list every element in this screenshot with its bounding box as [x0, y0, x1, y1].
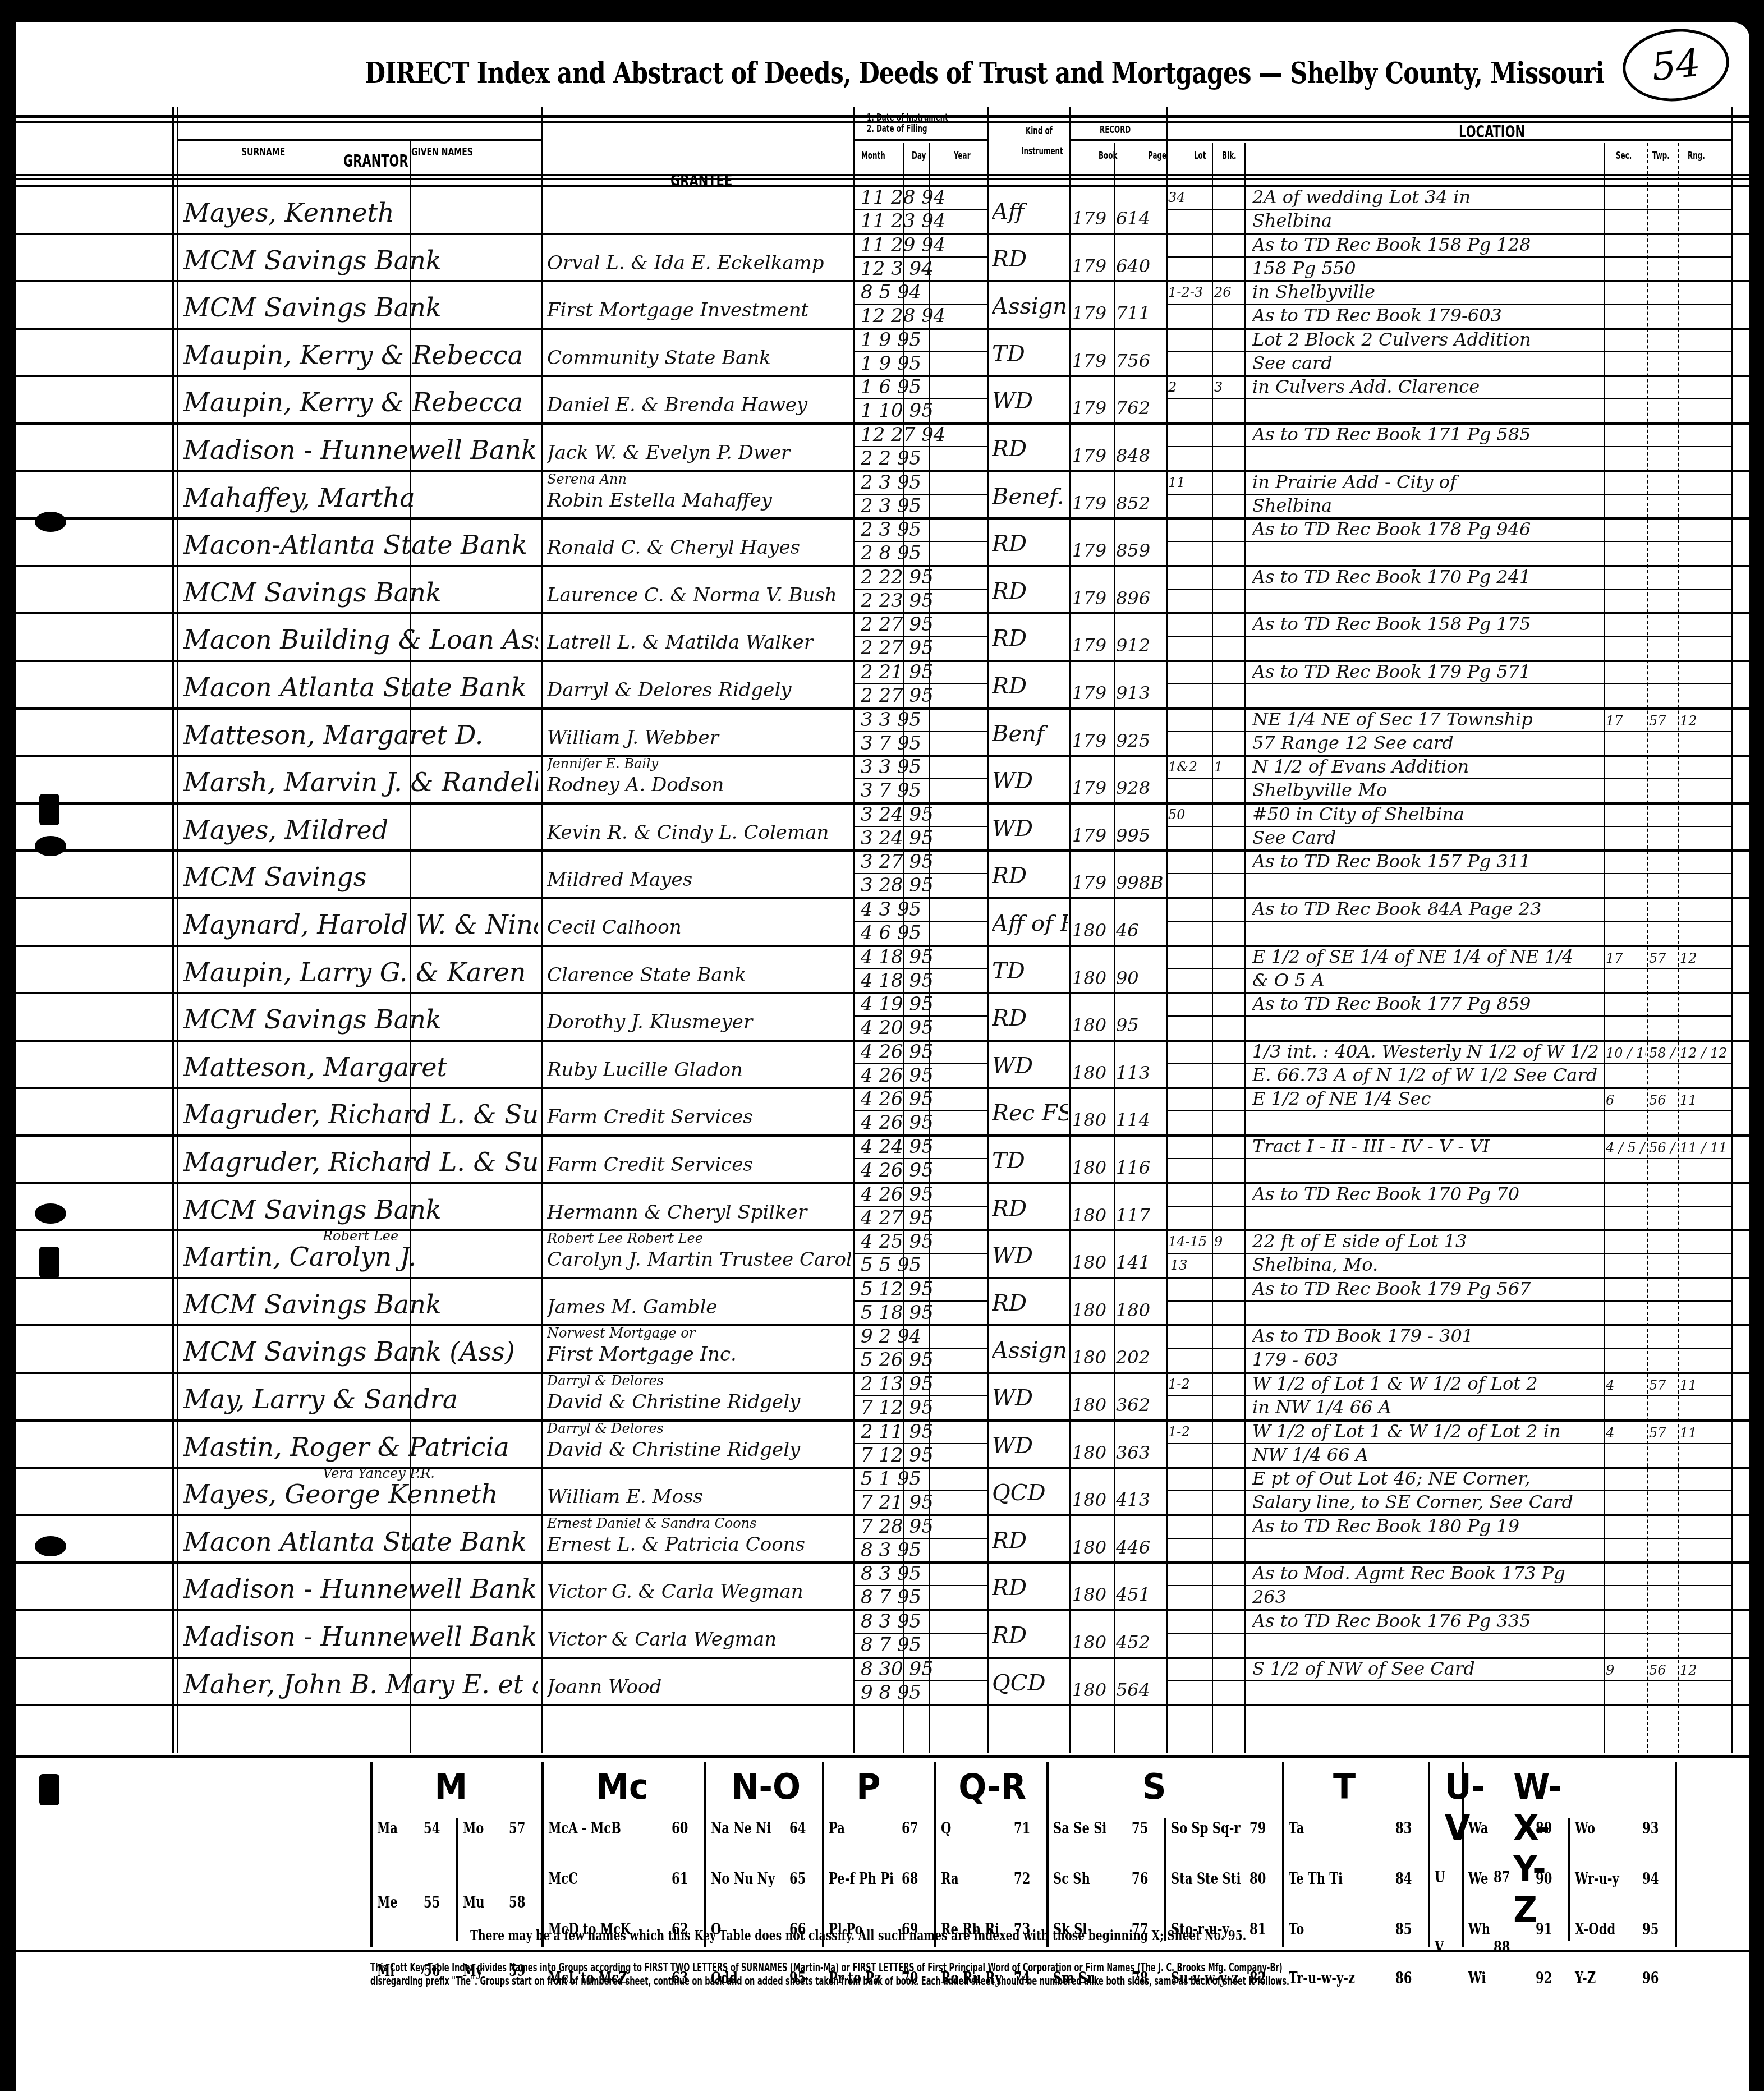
location-description: As to TD Rec Book 178 Pg 946: [1252, 518, 1600, 540]
key-entry-sheet-number: 84: [1395, 1871, 1412, 1888]
instrument-kind: QCD: [992, 1670, 1068, 1696]
footer-line-1: This Cott Key Table Index divides Names …: [370, 1961, 1289, 1974]
date-of-instrument: 3 3 95: [861, 709, 986, 731]
footer-instructions: This Cott Key Table Index divides Names …: [370, 1961, 1289, 1988]
location-description: in Culvers Add. Clarence: [1252, 376, 1600, 397]
key-entry-sheet-number: 81: [1249, 1921, 1266, 1938]
grantor-name: MCM Savings Bank (Ass): [183, 1336, 538, 1367]
record-page: 363: [1116, 1442, 1165, 1463]
grantee-name: Carolyn J. Martin Trustee Carolyn Martin: [547, 1248, 851, 1271]
grantor-name: Maynard, Harold W. & Nina E.: [183, 909, 538, 940]
record-book: 180: [1072, 1205, 1113, 1226]
date-of-filing: 2 27 95: [861, 637, 986, 659]
key-entry-sheet-number: 91: [1536, 1921, 1552, 1938]
date-of-instrument: 2 27 95: [861, 613, 986, 636]
grantee-note: Darryl & Delores: [547, 1421, 851, 1436]
record-book: 180: [1072, 920, 1113, 941]
record-book: 180: [1072, 1346, 1113, 1368]
instrument-kind: RD: [992, 1290, 1068, 1316]
instrument-kind: WD: [992, 1053, 1068, 1079]
record-page: 117: [1116, 1205, 1165, 1226]
grantee-name: Rodney A. Dodson: [547, 774, 851, 796]
date-of-instrument: 2 22 95: [861, 566, 986, 589]
key-group-letter: M: [434, 1766, 467, 1807]
header-blk: Blk.: [1222, 150, 1237, 162]
date-of-instrument: 8 5 94: [861, 281, 986, 304]
grid-line: [541, 107, 543, 1753]
key-group-letter: W-X-Y-Z: [1513, 1766, 1559, 1930]
key-entry-sheet-number: 86: [1395, 1970, 1412, 1987]
header-surname: SURNAME: [241, 145, 285, 158]
location-description: S 1/2 of NW of See Card: [1252, 1658, 1600, 1679]
location-description: N 1/2 of Evans Addition: [1252, 756, 1600, 777]
grid-line: [1166, 1680, 1731, 1681]
grantor-name: Madison - Hunnewell Bank: [183, 1574, 538, 1604]
grid-line: [1166, 1110, 1731, 1111]
record-page: 998B: [1116, 872, 1165, 893]
date-of-instrument: 11 28 94: [861, 186, 986, 209]
key-group-divider: [822, 1762, 824, 1947]
key-group-divider: [370, 1762, 373, 1947]
grid-line: [16, 178, 1749, 180]
location-description-2: See Card: [1252, 827, 1600, 848]
grantee-name: Farm Credit Services: [547, 1154, 851, 1176]
record-book: 180: [1072, 1299, 1113, 1321]
grid-line: [177, 107, 178, 1753]
key-entry-sheet-number: 61: [672, 1871, 688, 1888]
record-book: 179: [1072, 825, 1113, 846]
record-book: 179: [1072, 493, 1113, 514]
grantor-name: Martin, Carolyn J.: [183, 1242, 538, 1272]
grantor-name: Mayes, George Kenneth: [183, 1479, 538, 1509]
date-of-instrument: 2 13 95: [861, 1373, 986, 1395]
grantor-note: Vera Yancey P.R.: [323, 1465, 502, 1481]
location-description-2: E. 66.73 A of N 1/2 of W 1/2 See Card: [1252, 1064, 1600, 1086]
key-entry-prefix: Y-Z: [1575, 1970, 1596, 1987]
instrument-kind: TD: [992, 341, 1068, 367]
location-lot: 14-15: [1168, 1234, 1211, 1249]
location-lot: 1-2-3: [1168, 284, 1211, 300]
date-of-filing: 1 10 95: [861, 399, 986, 422]
date-of-filing: 4 27 95: [861, 1207, 986, 1229]
punch-hole: [39, 1247, 59, 1278]
location-block: 3: [1214, 379, 1243, 395]
grantor-name: Matteson, Margaret D.: [183, 720, 538, 750]
location-description: As to TD Rec Book 180 Pg 19: [1252, 1515, 1600, 1537]
grantor-name: Madison - Hunnewell Bank: [183, 1621, 538, 1652]
key-entry-prefix: Sa Se Si: [1053, 1820, 1106, 1837]
location-description-2: 158 Pg 550: [1252, 258, 1600, 279]
date-of-instrument: 3 3 95: [861, 756, 986, 778]
grantee-name: Hermann & Cheryl Spilker: [547, 1201, 851, 1224]
key-entry-sheet-number: 93: [1642, 1820, 1659, 1837]
record-page: 413: [1116, 1489, 1165, 1510]
key-entry-prefix: Wo: [1575, 1820, 1595, 1837]
location-lot: 1-2: [1168, 1424, 1211, 1440]
grantor-name: Magruder, Richard L. & Susan: [183, 1099, 538, 1129]
grantor-name: MCM Savings Bank: [183, 1289, 538, 1320]
record-page: 925: [1116, 730, 1165, 751]
key-group-letter: Mc: [596, 1766, 649, 1807]
date-of-instrument: 11 29 94: [861, 234, 986, 256]
location-description-2: NW 1/4 66 A: [1252, 1444, 1600, 1465]
grid-line: [1069, 107, 1071, 1753]
date-of-instrument: 3 27 95: [861, 851, 986, 873]
location-township: 57: [1649, 1377, 1676, 1393]
grantor-name: Matteson, Margaret: [183, 1052, 538, 1082]
instrument-kind: RD: [992, 1623, 1068, 1648]
location-range: 12: [1680, 950, 1730, 966]
location-description: As to TD Book 179 - 301: [1252, 1325, 1600, 1346]
grantor-name: MCM Savings: [183, 862, 538, 892]
grantee-name: Clarence State Bank: [547, 964, 851, 986]
date-of-filing: 8 7 95: [861, 1586, 986, 1609]
location-section: 17: [1606, 950, 1646, 966]
date-of-instrument: 4 18 95: [861, 946, 986, 968]
grid-line: [1166, 398, 1731, 399]
location-description: As to TD Rec Book 84A Page 23: [1252, 898, 1600, 920]
grantee-name: Community State Bank: [547, 347, 851, 369]
record-book: 179: [1072, 255, 1113, 277]
date-of-filing: 12 28 94: [861, 305, 986, 327]
instrument-kind: RD: [992, 1528, 1068, 1554]
key-subdivider: [1164, 1818, 1166, 1941]
location-description: 22 ft of E side of Lot 13: [1252, 1230, 1600, 1252]
grantee-name: Joann Wood: [547, 1676, 851, 1698]
location-section: 10 / 10: [1606, 1045, 1646, 1061]
grid-line: [1166, 1538, 1731, 1539]
key-entry-sheet-number: 67: [902, 1820, 918, 1837]
key-entry-prefix: Wi: [1468, 1970, 1486, 1987]
instrument-kind: RD: [992, 578, 1068, 604]
location-lot-2: 13: [1170, 1257, 1213, 1273]
date-of-instrument: 2 3 95: [861, 471, 986, 494]
grid-line: [853, 139, 987, 141]
record-book: 179: [1072, 397, 1113, 419]
instrument-kind: RD: [992, 1196, 1068, 1221]
grantor-name: Macon-Atlanta State Bank: [183, 530, 538, 560]
date-of-filing: 1 9 95: [861, 352, 986, 375]
location-section: 4 / 5 / 6 / 31-32: [1606, 1140, 1646, 1156]
record-page: 180: [1116, 1299, 1165, 1321]
location-section: 9: [1606, 1662, 1646, 1678]
location-lot: 2: [1168, 379, 1211, 395]
location-block: 9: [1214, 1234, 1243, 1249]
grantee-name: Latrell L. & Matilda Walker: [547, 631, 851, 654]
location-description: As to Mod. Agmt Rec Book 173 Pg: [1252, 1562, 1600, 1584]
record-page: 928: [1116, 777, 1165, 798]
grantee-name: James M. Gamble: [547, 1296, 851, 1318]
location-range: 12 / 12: [1680, 1045, 1730, 1061]
record-page: 113: [1116, 1062, 1165, 1083]
key-entry-sheet-number: 79: [1249, 1820, 1266, 1837]
key-entry-sheet-number: 71: [1014, 1820, 1030, 1837]
date-of-instrument: 4 26 95: [861, 1183, 986, 1206]
header-instrument: Instrument: [1021, 146, 1063, 157]
key-entry-sheet-number: 83: [1395, 1820, 1412, 1837]
location-block: 1: [1214, 759, 1243, 775]
key-entry-sheet-number: 95: [1642, 1921, 1659, 1938]
record-book: 180: [1072, 1489, 1113, 1510]
grid-line: [987, 107, 989, 1753]
grantor-note: Robert Lee: [323, 1228, 502, 1244]
instrument-kind: Benef. Deed: [992, 484, 1068, 509]
grid-line: [1166, 873, 1731, 874]
key-entry-prefix: Ma: [377, 1820, 398, 1837]
date-of-instrument: 8 30 95: [861, 1658, 986, 1680]
grid-line: [16, 1704, 1749, 1706]
record-book: 180: [1072, 1109, 1113, 1130]
grantee-name: Farm Credit Services: [547, 1106, 851, 1128]
location-range: 11: [1680, 1377, 1730, 1393]
grantor-name: Mahaffey, Martha: [183, 482, 538, 513]
record-book: 180: [1072, 1679, 1113, 1701]
key-entry-prefix: Mu: [463, 1894, 485, 1911]
date-of-filing: 2 8 95: [861, 542, 986, 564]
header-given-names: GIVEN NAMES: [411, 145, 473, 158]
record-book: 179: [1072, 445, 1113, 466]
record-page: 95: [1116, 1014, 1165, 1036]
key-entry-prefix: Ra: [941, 1871, 959, 1888]
key-entry-sheet-number: 76: [1132, 1871, 1148, 1888]
record-page: 202: [1116, 1346, 1165, 1368]
key-top-rule: [16, 1755, 1749, 1758]
footer-line-2: disregarding prefix "The". Groups start …: [370, 1974, 1289, 1988]
record-page: 90: [1116, 967, 1165, 989]
grantee-name: Ronald C. & Cheryl Hayes: [547, 536, 851, 559]
instrument-kind: WD: [992, 816, 1068, 842]
location-description: E 1/2 of NE 1/4 Sec: [1252, 1088, 1600, 1109]
record-page: 762: [1116, 397, 1165, 419]
location-section: 17: [1606, 713, 1646, 729]
location-lot: 1&2: [1168, 759, 1211, 775]
grantee-name: Victor G. & Carla Wegman: [547, 1580, 851, 1603]
grid-line: [1166, 921, 1731, 922]
location-description-2: & O 5 A: [1252, 969, 1600, 991]
instrument-kind: RD: [992, 626, 1068, 651]
date-of-filing: 2 3 95: [861, 495, 986, 517]
location-description-2: 57 Range 12 See card: [1252, 732, 1600, 753]
key-entry-sheet-number: 89: [1536, 1820, 1552, 1837]
date-of-instrument: 7 28 95: [861, 1515, 986, 1538]
grantee-note: Darryl & Delores: [547, 1373, 851, 1389]
grantee-name: Orval L. & Ida E. Eckelkamp: [547, 252, 851, 274]
instrument-kind: RD: [992, 1005, 1068, 1031]
key-entry-sheet-number: 72: [1014, 1871, 1030, 1888]
record-page: 141: [1116, 1252, 1165, 1273]
header-year: Year: [954, 150, 970, 162]
key-entry-prefix: Wh: [1468, 1921, 1490, 1938]
location-township: 58 / 58: [1649, 1045, 1676, 1061]
location-description: E 1/2 of SE 1/4 of NE 1/4 of NE 1/4: [1252, 946, 1600, 967]
location-description: Tract I - II - III - IV - V - VI: [1252, 1136, 1600, 1157]
grantor-name: Maupin, Kerry & Rebecca: [183, 340, 538, 370]
key-entry-prefix: Pe-f Ph Pi: [829, 1871, 894, 1888]
date-of-filing: 5 26 95: [861, 1349, 986, 1371]
record-book: 180: [1072, 1252, 1113, 1273]
key-entry-sheet-number: 68: [902, 1871, 918, 1888]
key-group-letter: S: [1142, 1766, 1166, 1807]
grid-line: [1166, 541, 1731, 542]
instrument-kind: Assign TD: [992, 1338, 1068, 1363]
date-of-filing: 8 7 95: [861, 1634, 986, 1656]
grantee-name: Daniel E. & Brenda Hawey: [547, 394, 851, 416]
key-entry-prefix: X-Odd: [1575, 1921, 1615, 1938]
location-section: 6: [1606, 1092, 1646, 1108]
record-page: 896: [1116, 587, 1165, 609]
location-description: W 1/2 of Lot 1 & W 1/2 of Lot 2 in: [1252, 1421, 1600, 1442]
date-of-instrument: 4 24 95: [861, 1136, 986, 1158]
header-page: Page: [1148, 150, 1166, 162]
grantor-name: Maupin, Larry G. & Karen: [183, 957, 538, 987]
record-book: 179: [1072, 208, 1113, 229]
record-book: 179: [1072, 540, 1113, 561]
date-of-filing: 3 28 95: [861, 874, 986, 897]
instrument-kind: RD: [992, 1575, 1068, 1601]
grid-line: [1069, 139, 1166, 141]
instrument-kind: TD: [992, 958, 1068, 984]
grantee-name: Ernest L. & Patricia Coons: [547, 1533, 851, 1556]
grid-line: [1166, 636, 1731, 637]
location-description: NE 1/4 NE of Sec 17 Township: [1252, 709, 1600, 730]
date-of-filing: 3 7 95: [861, 732, 986, 755]
key-entry-prefix: McA - McB: [548, 1820, 621, 1837]
date-of-instrument: 8 3 95: [861, 1562, 986, 1585]
key-group-divider: [704, 1762, 706, 1947]
record-page: 564: [1116, 1679, 1165, 1701]
record-book: 180: [1072, 1157, 1113, 1178]
key-group-divider: [541, 1762, 544, 1947]
instrument-kind: RD: [992, 436, 1068, 462]
key-entry-sheet-number: 88: [1494, 1939, 1510, 1956]
key-entry-sheet-number: 92: [1536, 1970, 1552, 1987]
header-sec: Sec.: [1616, 150, 1632, 162]
grantor-name: MCM Savings Bank: [183, 577, 538, 608]
grid-line: [1166, 139, 1731, 141]
key-entry-sheet-number: 55: [424, 1894, 440, 1911]
date-of-instrument: 3 24 95: [861, 803, 986, 826]
grantee-note: Jennifer E. Baily: [547, 756, 851, 771]
grid-line: [1678, 143, 1679, 1753]
key-right-border: [1675, 1762, 1677, 1947]
key-entry-prefix: We: [1468, 1871, 1488, 1888]
punch-hole: [35, 1203, 66, 1224]
date-of-instrument: 4 26 95: [861, 1088, 986, 1110]
date-of-filing: 2 2 95: [861, 447, 986, 470]
grantee-name: Robin Estella Mahaffey: [547, 489, 851, 512]
date-of-filing: 5 5 95: [861, 1254, 986, 1276]
date-of-instrument: 5 1 95: [861, 1468, 986, 1490]
grantee-note: Robert Lee Robert Lee: [547, 1230, 851, 1246]
key-entry-sheet-number: 57: [509, 1820, 525, 1837]
record-page: 848: [1116, 445, 1165, 466]
date-of-instrument: 2 21 95: [861, 661, 986, 683]
header-grantor: GRANTOR: [343, 151, 408, 171]
location-description: As to TD Rec Book 179 Pg 567: [1252, 1278, 1600, 1299]
record-book: 180: [1072, 1584, 1113, 1605]
location-description-2: in NW 1/4 66 A: [1252, 1396, 1600, 1418]
key-entry-sheet-number: 90: [1536, 1871, 1552, 1888]
location-description-2: Salary line, to SE Corner, See Card: [1252, 1491, 1600, 1513]
date-of-filing: 5 18 95: [861, 1302, 986, 1324]
grantee-name: Mildred Mayes: [547, 868, 851, 891]
header-day: Day: [912, 150, 926, 162]
grid-line: [1212, 143, 1213, 1753]
key-entry-prefix: Sc Sh: [1053, 1871, 1090, 1888]
grid-line: [177, 139, 541, 141]
location-range: 11: [1680, 1092, 1730, 1108]
key-table-note: There may be a few names which this Key …: [470, 1927, 1246, 1943]
grantee-name: Cecil Calhoon: [547, 916, 851, 939]
instrument-kind: WD: [992, 1433, 1068, 1459]
grantor-name: Maupin, Kerry & Rebecca: [183, 387, 538, 417]
record-book: 180: [1072, 1394, 1113, 1416]
location-description: E pt of Out Lot 46; NE Corner,: [1252, 1468, 1600, 1489]
grid-line: [1244, 143, 1246, 1753]
date-of-instrument: 4 26 95: [861, 1041, 986, 1063]
key-group-letter: P: [856, 1766, 880, 1807]
instrument-kind: WD: [992, 388, 1068, 414]
date-of-filing: 3 24 95: [861, 827, 986, 849]
record-page: 913: [1116, 682, 1165, 704]
grantor-name: Macon Atlanta State Bank: [183, 1527, 538, 1557]
location-section: 4: [1606, 1377, 1646, 1393]
location-description: in Prairie Add - City of: [1252, 471, 1600, 493]
grantee-note: Norwest Mortgage or: [547, 1325, 851, 1341]
location-description-2: As to TD Rec Book 179-603: [1252, 305, 1600, 326]
record-page: 46: [1116, 920, 1165, 941]
record-book: 180: [1072, 967, 1113, 989]
location-lot: 1-2: [1168, 1376, 1211, 1392]
instrument-kind: RD: [992, 531, 1068, 557]
key-entry-prefix: Na Ne Ni: [711, 1820, 771, 1837]
location-block: 26: [1214, 284, 1243, 300]
date-of-instrument: 9 2 94: [861, 1325, 986, 1348]
grid-line: [1166, 1015, 1731, 1017]
grantee-note: Serena Ann: [547, 471, 851, 487]
location-description: Lot 2 Block 2 Culvers Addition: [1252, 329, 1600, 350]
punch-hole: [35, 836, 66, 856]
record-page: 640: [1116, 255, 1165, 277]
record-page: 995: [1116, 825, 1165, 846]
date-of-instrument: 1 6 95: [861, 376, 986, 398]
location-lot: 11: [1168, 475, 1211, 490]
record-page: 852: [1116, 493, 1165, 514]
key-entry-prefix: Tr-u-w-y-z: [1289, 1970, 1355, 1987]
grantor-name: MCM Savings Bank: [183, 245, 538, 275]
record-book: 179: [1072, 682, 1113, 704]
date-of-filing: 4 26 95: [861, 1111, 986, 1134]
location-description: As to TD Rec Book 171 Pg 585: [1252, 424, 1600, 445]
record-book: 180: [1072, 1442, 1113, 1463]
key-entry-prefix: Wa: [1468, 1820, 1488, 1837]
instrument-kind: Assign TD: [992, 293, 1068, 319]
location-description: in Shelbyville: [1252, 281, 1600, 302]
key-entry-prefix: Wr-u-y: [1575, 1871, 1619, 1888]
record-page: 116: [1116, 1157, 1165, 1178]
grantee-name: Darryl & Delores Ridgely: [547, 679, 851, 701]
key-entry-sheet-number: 75: [1132, 1820, 1148, 1837]
date-of-instrument: 4 19 95: [861, 993, 986, 1015]
key-entry-prefix: To: [1289, 1921, 1304, 1938]
grantor-name: Macon Building & Loan Assn: [183, 624, 538, 655]
instrument-kind: QCD: [992, 1480, 1068, 1506]
header-lot: Lot: [1194, 150, 1206, 162]
record-book: 179: [1072, 302, 1113, 324]
key-entry-sheet-number: 85: [1395, 1921, 1412, 1938]
location-description: As to TD Rec Book 170 Pg 241: [1252, 566, 1600, 587]
key-entry-prefix: Pa: [829, 1820, 845, 1837]
